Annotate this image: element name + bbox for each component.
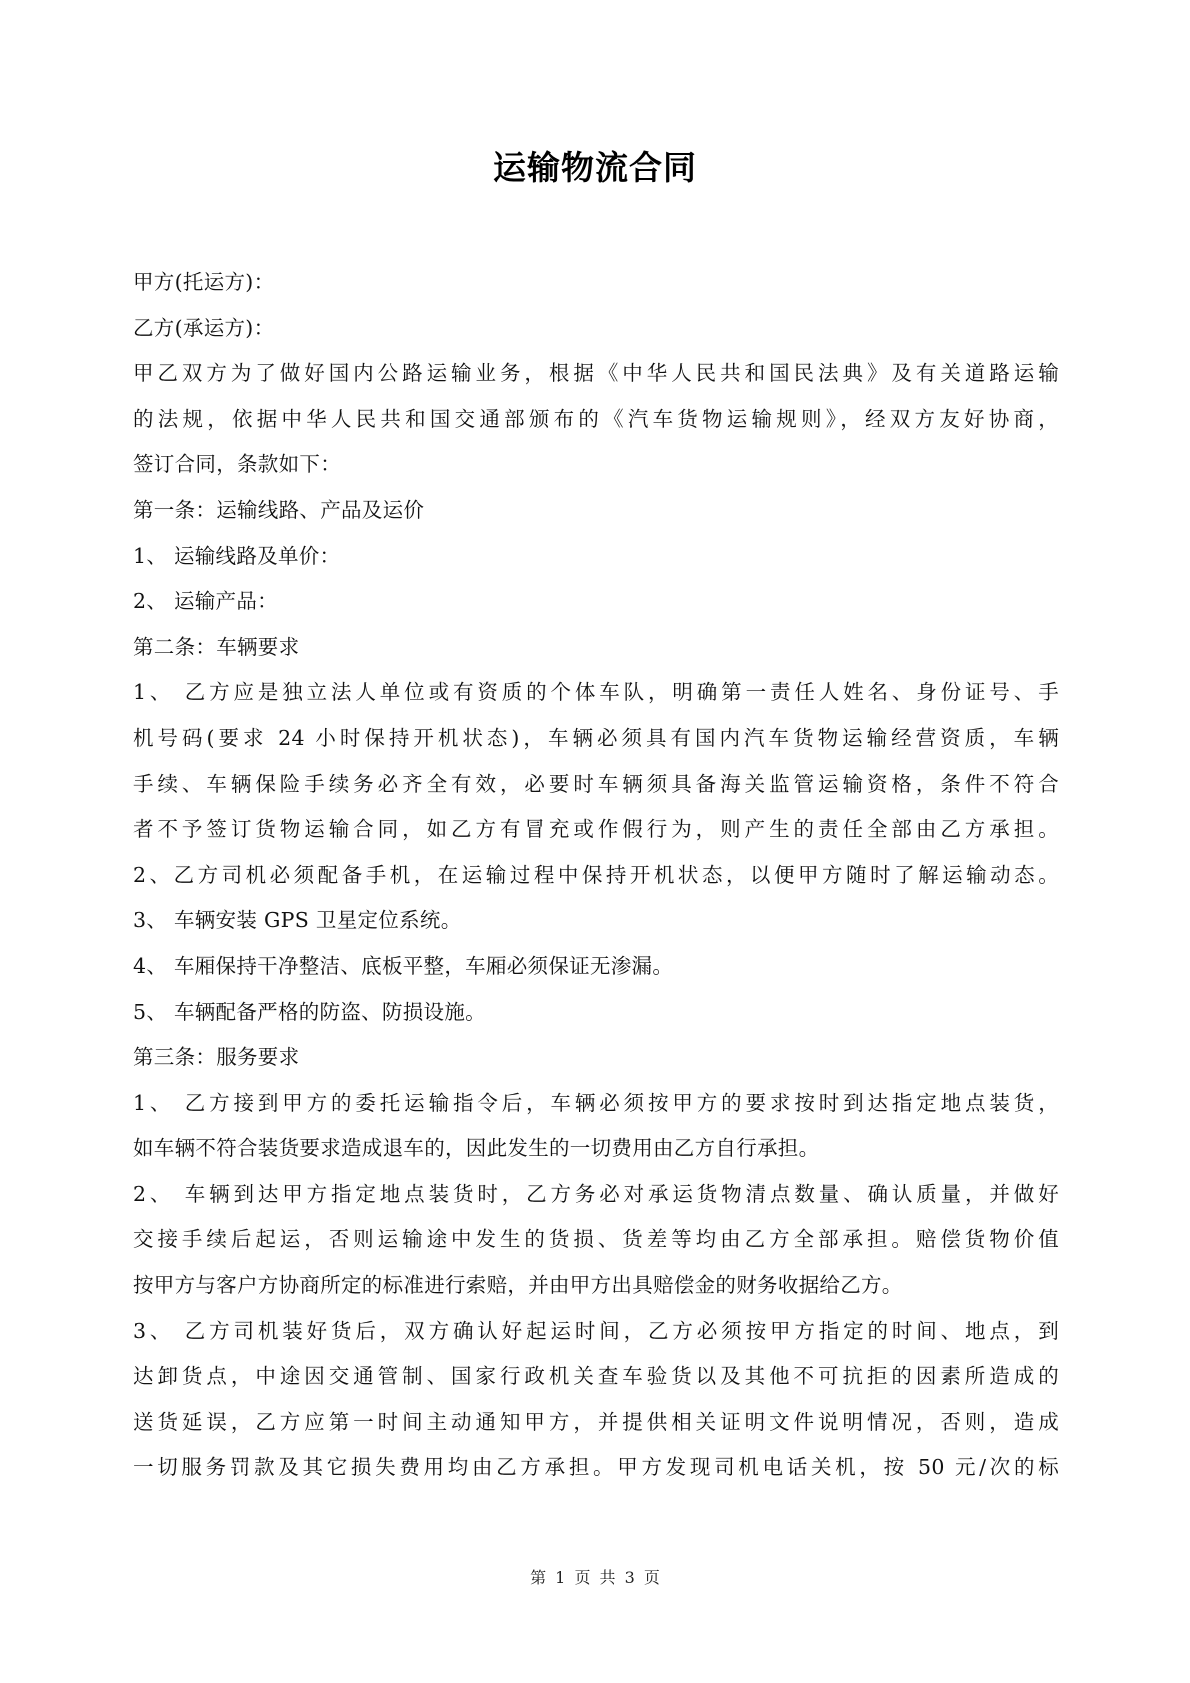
clause-line: 按甲方与客户方协商所定的标准进行索赔，并由甲方出具赔偿金的财务收据给乙方。: [133, 1263, 1059, 1309]
preamble-line: 甲乙双方为了做好国内公路运输业务，根据《中华人民共和国民法典》及有关道路运输: [133, 351, 1059, 397]
clause-line: 者不予签订货物运输合同，如乙方有冒充或作假行为，则产生的责任全部由乙方承担。: [133, 807, 1059, 853]
article-heading: 第二条：车辆要求: [133, 625, 1059, 671]
clause-line: 2、乙方司机必须配备手机，在运输过程中保持开机状态，以便甲方随时了解运输动态。: [133, 853, 1059, 899]
clause-line: 送货延误，乙方应第一时间主动通知甲方，并提供相关证明文件说明情况，否则，造成: [133, 1400, 1059, 1446]
clause-line: 手续、车辆保险手续务必齐全有效，必要时车辆须具备海关监管运输资格，条件不符合: [133, 762, 1059, 808]
clause-line: 1、 乙方应是独立法人单位或有资质的个体车队，明确第一责任人姓名、身份证号、手: [133, 670, 1059, 716]
document-title: 运输物流合同: [0, 146, 1190, 190]
clause-line: 达卸货点，中途因交通管制、国家行政机关查车验货以及其他不可抗拒的因素所造成的: [133, 1354, 1059, 1400]
preamble-line: 的法规，依据中华人民共和国交通部颁布的《汽车货物运输规则》，经双方友好协商，: [133, 397, 1059, 443]
document-body: 甲方(托运方)： 乙方(承运方)： 甲乙双方为了做好国内公路运输业务，根据《中华…: [133, 260, 1059, 1491]
clause-line: 3、 乙方司机装好货后，双方确认好起运时间，乙方必须按甲方指定的时间、地点，到: [133, 1309, 1059, 1355]
clause-line: 1、 运输线路及单价：: [133, 534, 1059, 580]
party-a-line: 甲方(托运方)：: [133, 260, 1059, 306]
article-heading: 第一条：运输线路、产品及运价: [133, 488, 1059, 534]
clause-line: 交接手续后起运，否则运输途中发生的货损、货差等均由乙方全部承担。赔偿货物价值: [133, 1217, 1059, 1263]
clause-line: 如车辆不符合装货要求造成退车的，因此发生的一切费用由乙方自行承担。: [133, 1126, 1059, 1172]
clause-line: 机号码(要求 24 小时保持开机状态)，车辆必须具有国内汽车货物运输经营资质，车…: [133, 716, 1059, 762]
clause-line: 2、 运输产品：: [133, 579, 1059, 625]
clause-line: 4、 车厢保持干净整洁、底板平整，车厢必须保证无渗漏。: [133, 944, 1059, 990]
article-heading: 第三条：服务要求: [133, 1035, 1059, 1081]
preamble-line: 签订合同，条款如下：: [133, 442, 1059, 488]
party-b-line: 乙方(承运方)：: [133, 306, 1059, 352]
clause-line: 5、 车辆配备严格的防盗、防损设施。: [133, 990, 1059, 1036]
document-page: 运输物流合同 甲方(托运方)： 乙方(承运方)： 甲乙双方为了做好国内公路运输业…: [0, 0, 1190, 1683]
clause-line: 一切服务罚款及其它损失费用均由乙方承担。甲方发现司机电话关机，按 50 元/次的…: [133, 1445, 1059, 1491]
clause-line: 2、 车辆到达甲方指定地点装货时，乙方务必对承运货物清点数量、确认质量，并做好: [133, 1172, 1059, 1218]
clause-line: 1、 乙方接到甲方的委托运输指令后，车辆必须按甲方的要求按时到达指定地点装货，: [133, 1081, 1059, 1127]
clause-line: 3、 车辆安装 GPS 卫星定位系统。: [133, 898, 1059, 944]
page-number-footer: 第 1 页 共 3 页: [0, 1566, 1190, 1590]
